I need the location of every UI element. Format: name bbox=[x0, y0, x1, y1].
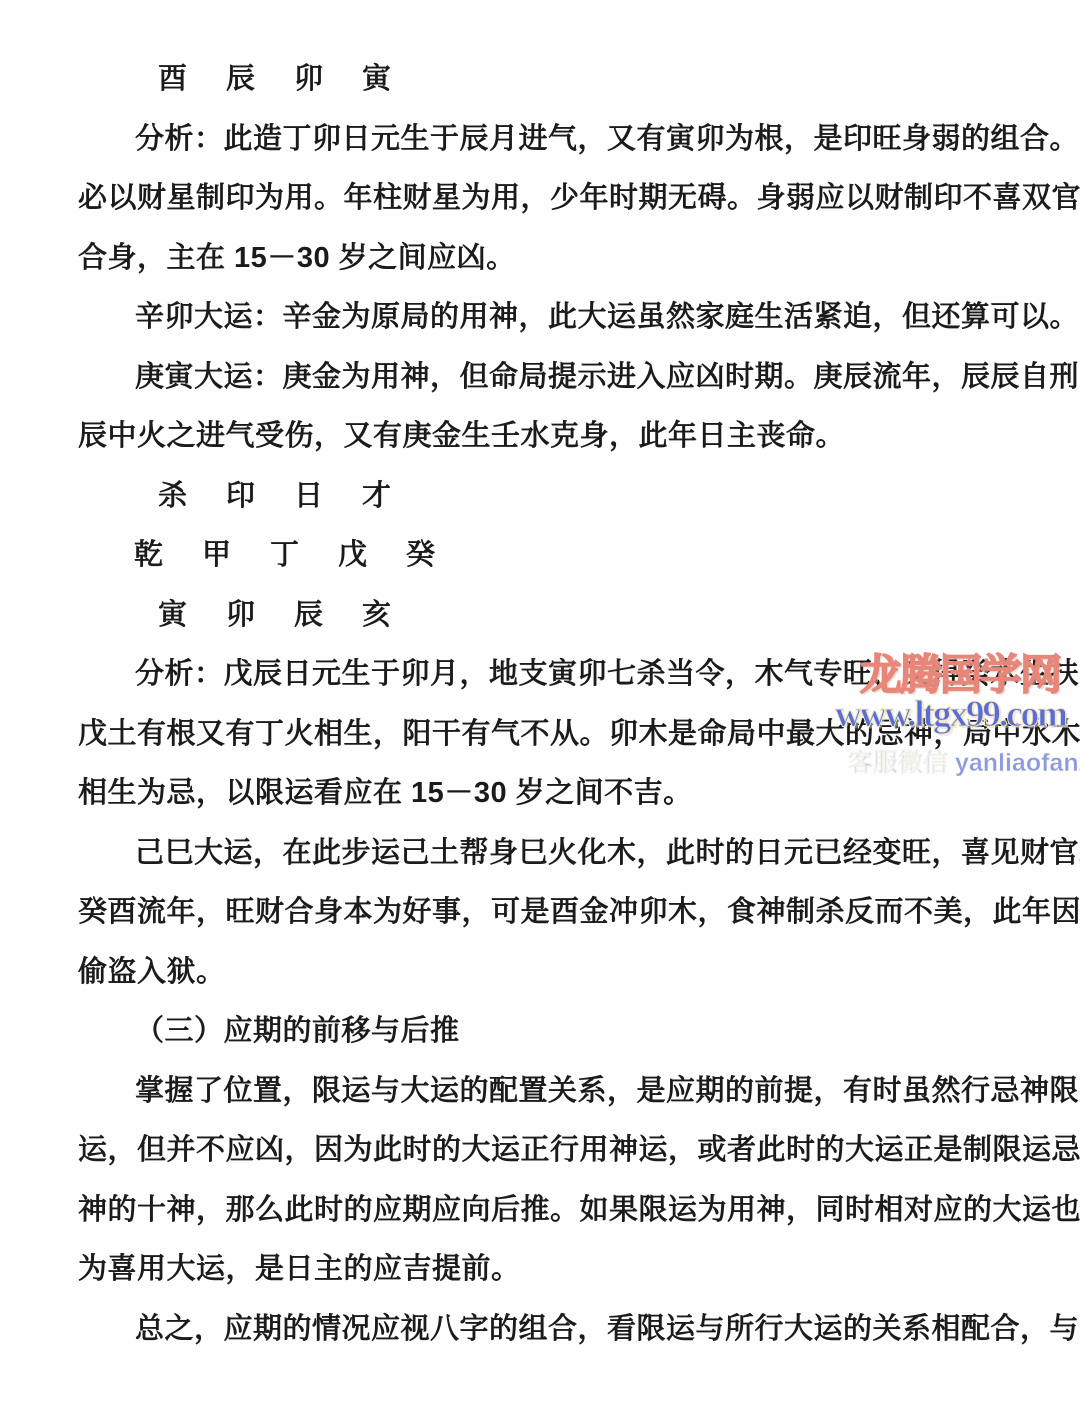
text-line: 庚寅大运：庚金为用神，但命局提示进入应凶时期。庚辰流年，辰辰自刑， bbox=[78, 348, 1050, 408]
text-line: 分析：此造丁卯日元生于辰月进气，又有寅卯为根，是印旺身弱的组合。 bbox=[78, 110, 1050, 170]
text-line: 分析：戊辰日元生于卯月，地支寅卯七杀当令，木气专旺，又得癸水生扶， bbox=[78, 645, 1050, 705]
text-line: 辛卯大运：辛金为原局的用神，此大运虽然家庭生活紧迫，但还算可以。 bbox=[78, 288, 1050, 348]
text-line: 戊土有根又有丁火相生，阳干有气不从。卯木是命局中最大的忌神，局中水木 bbox=[78, 705, 1050, 765]
text-line-section-heading: （三）应期的前移与后推 bbox=[78, 1002, 1050, 1062]
text-line: 神的十神，那么此时的应期应向后推。如果限运为用神，同时相对应的大运也 bbox=[78, 1181, 1050, 1241]
text-line: 运，但并不应凶，因为此时的大运正行用神运，或者此时的大运正是制限运忌 bbox=[78, 1121, 1050, 1181]
text-line-stems-row: 乾 甲 丁 戊 癸 bbox=[78, 526, 1050, 586]
text-line: 合身，主在 15－30 岁之间应凶。 bbox=[78, 229, 1050, 289]
text-line: 为喜用大运，是日主的应吉提前。 bbox=[78, 1240, 1050, 1300]
text-line: 必以财星制印为用。年柱财星为用，少年时期无碍。身弱应以财制印不喜双官 bbox=[78, 169, 1050, 229]
text-line: 己巳大运，在此步运己土帮身巳火化木，此时的日元已经变旺，喜见财官。 bbox=[78, 824, 1050, 884]
text-line: 总之，应期的情况应视八字的组合，看限运与所行大运的关系相配合，与 bbox=[78, 1300, 1050, 1360]
text-line-branches-row: 寅 卯 辰 亥 bbox=[78, 586, 1050, 646]
scanned-document-page: 酉 辰 卯 寅 分析：此造丁卯日元生于辰月进气，又有寅卯为根，是印旺身弱的组合。… bbox=[0, 0, 1080, 1424]
text-line: 掌握了位置，限运与大运的配置关系，是应期的前提，有时虽然行忌神限 bbox=[78, 1062, 1050, 1122]
text-line: 相生为忌，以限运看应在 15－30 岁之间不吉。 bbox=[78, 764, 1050, 824]
text-line-ten-gods-row: 杀 印 日 才 bbox=[78, 467, 1050, 527]
document-body: 酉 辰 卯 寅 分析：此造丁卯日元生于辰月进气，又有寅卯为根，是印旺身弱的组合。… bbox=[78, 50, 1050, 1359]
text-line: 辰中火之进气受伤，又有庚金生壬水克身，此年日主丧命。 bbox=[78, 407, 1050, 467]
text-line-branches-row: 酉 辰 卯 寅 bbox=[78, 50, 1050, 110]
text-line: 偷盗入狱。 bbox=[78, 943, 1050, 1003]
text-line: 癸酉流年，旺财合身本为好事，可是酉金冲卯木，食神制杀反而不美，此年因 bbox=[78, 883, 1050, 943]
